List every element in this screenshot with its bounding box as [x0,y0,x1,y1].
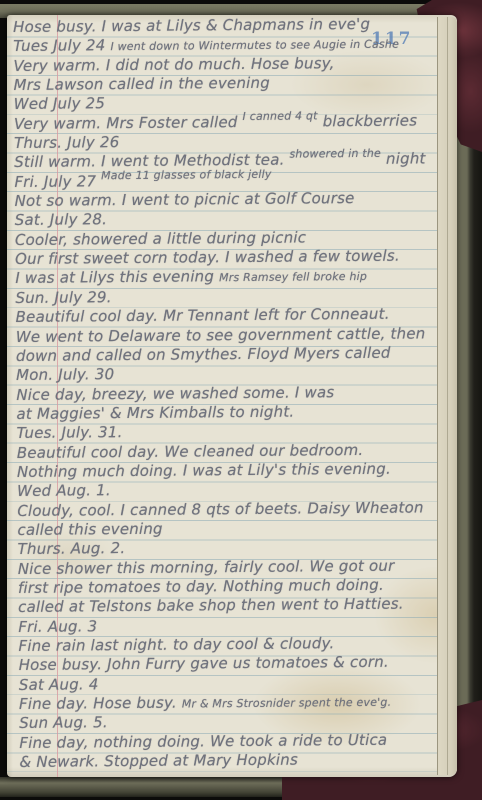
handwriting-segment: Mrs Ramsey fell broke hip [219,270,367,284]
handwriting-segment: I went down to Wintermutes to see Augie … [110,38,399,54]
handwriting-segment: Mon. July. 30 [16,365,114,384]
handwriting-segment: Sun Aug. 5. [19,714,108,733]
handwriting-segment: at Maggies' & Mrs Kimballs to night. [16,402,294,422]
diary-line: We went to Delaware to see government ca… [16,324,460,347]
handwriting-segment: Mrs Lawson called in the evening [14,74,270,94]
handwriting-segment: & Newark. Stopped at Mary Hopkins [19,751,298,771]
handwriting-segment: I was at Lilys this evening [15,268,219,288]
diary-line: Tues July 24 I went down to Wintermutes … [13,33,457,56]
handwriting-segment: Wed Aug. 1. [17,481,111,500]
handwriting-segment: Hose busy. John Furry gave us tomatoes &… [19,653,389,674]
handwriting-segment: Cloudy, cool. I canned 8 qts of beets. D… [17,498,424,520]
diary-line: & Newark. Stopped at Mary Hopkins [19,749,463,772]
handwriting-segment: Very warm. Mrs Foster called [14,113,243,133]
handwriting-segment: Fri. Aug. 3 [18,617,97,636]
handwriting-segment: Not so warm. I went to picnic at Golf Co… [15,189,355,210]
handwriting-segment: called at Telstons bake shop then went t… [18,595,404,616]
handwriting-segment: Nothing much doing. I was at Lily's this… [17,460,391,481]
handwriting-segment: Beautiful cool day. Mr Tennant left for … [16,305,390,326]
handwriting-segment: Wed July 25 [14,95,106,114]
handwriting-segment: We went to Delaware to see government ca… [16,324,426,346]
handwriting-segment: Beautiful cool day. We cleaned our bedro… [17,441,364,462]
diary-line: Very warm. Mrs Foster called I canned 4 … [14,111,458,134]
handwriting-segment: Very warm. I did not do much. Hose busy, [13,54,334,75]
handwriting-segment: Sun. July 29. [15,288,111,307]
handwriting-segment: I canned 4 qt [242,109,317,123]
diary-line: called at Telstons bake shop then went t… [18,594,462,617]
handwriting-segment: Sat Aug. 4 [19,675,99,694]
handwriting-segment: Thurs. Aug. 2. [18,539,126,558]
handwriting-segment: night [381,150,426,168]
handwriting-segment: Tues. July. 31. [17,423,123,442]
handwriting-segment: called this evening [17,520,162,539]
handwriting-segment: first ripe tomatoes to day. Nothing much… [18,576,384,597]
handwriting-segment: Thurs. July 26 [14,133,119,152]
handwriting-segment: Our first sweet corn today. I washed a f… [15,247,400,268]
handwriting-segment: down and called on Smythes. Floyd Myers … [16,344,391,365]
handwriting-segment: showered in the [289,147,381,161]
handwriting-segment: Fine day, nothing doing. We took a ride … [19,730,387,751]
handwriting-segment: Fri. July 27 [14,172,101,191]
handwriting-segment: Hose busy. I was at Lilys & Chapmans in … [13,15,370,36]
diary-scan: 117 Hose busy. I was at Lilys & Chapmans… [0,0,482,800]
handwriting-segment: Sat. July 28. [15,211,107,230]
diary-line: Cloudy, cool. I canned 8 qts of beets. D… [17,498,461,521]
handwriting-segment: Fine day. Hose busy. [19,694,182,713]
handwriting-lines: Hose busy. I was at Lilys & Chapmans in … [13,14,464,772]
handwriting-segment: Nice day, breezy, we washed some. I was [16,383,334,404]
diary-page: 117 Hose busy. I was at Lilys & Chapmans… [7,15,457,777]
handwriting-segment: Tues July 24 [13,36,110,55]
handwriting-segment: blackberries [318,111,418,130]
handwriting-segment: Mr & Mrs Strosnider spent the eve'g. [182,696,392,711]
handwriting-segment: Fine rain last night. to day cool & clou… [18,634,334,655]
handwriting-segment: Nice shower this morning, fairly cool. W… [18,556,395,577]
handwriting-segment: Cooler, showered a little during picnic [15,228,306,249]
handwriting-segment: Made 11 glasses of black jelly [101,168,272,182]
